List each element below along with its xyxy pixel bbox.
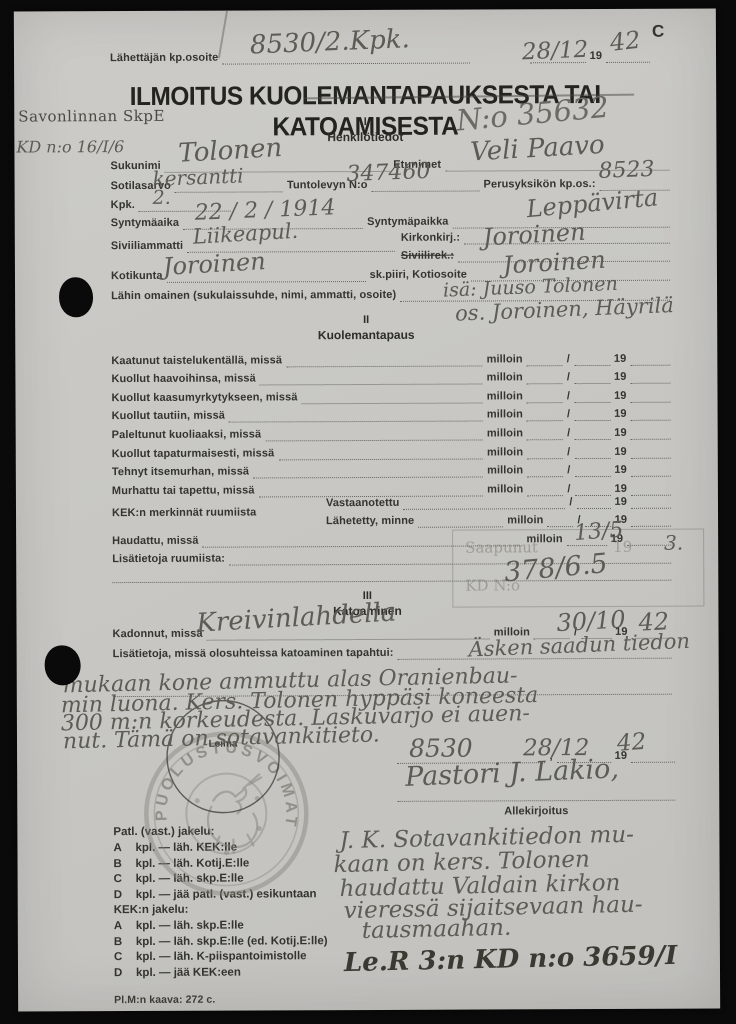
signature-label: Allekirjoitus [397, 805, 675, 819]
death-row-dots [301, 389, 482, 404]
year-printed: 19 [614, 371, 626, 384]
sender-date-handwriting: 28/12 [521, 37, 588, 66]
year-printed: 19 [614, 408, 626, 421]
lion-emblem [208, 774, 262, 852]
sent-year-dots [631, 513, 671, 527]
year-printed: 19 [615, 496, 627, 509]
death-row: Kuollut tapaturmaisesti, missämilloin/19 [112, 440, 671, 461]
milloin-dots [527, 408, 563, 422]
item-letter: B [114, 935, 136, 951]
kd-reference-handwriting: Le.R 3:n KD n:o 3659/I [344, 941, 678, 978]
year-dots [631, 444, 671, 458]
slash: / [567, 446, 570, 459]
sender-label: Lähettäjän kp.osoite [110, 52, 218, 65]
milloin-dots [527, 463, 563, 477]
slash: / [569, 496, 572, 509]
year-printed: 19 [614, 352, 626, 365]
year-printed: 19 [590, 50, 602, 63]
death-row-label: Kaatunut taistelukentällä, missä [111, 354, 282, 368]
item-text: kpl. — läh. skp.E:lle (ed. Kotij.E:lle) [136, 934, 328, 950]
kd-note-handwriting: KD n:o 16/I/6 [16, 137, 124, 156]
kek-notes-label: KEK:n merkinnät ruumiista [112, 506, 256, 520]
civil-register-label: Siviilirek.: [401, 250, 454, 263]
milloin-dots [527, 445, 563, 459]
milloin-label: milloin [487, 464, 523, 477]
sender-value-handwriting: 8530/2.Kpk. [249, 24, 410, 60]
item-letter: C [114, 950, 136, 966]
item-letter: D [114, 966, 136, 982]
arrival-stamp-saapunut: Saapunut [465, 538, 538, 556]
year-printed: 19 [614, 464, 626, 477]
death-row-dots [253, 464, 483, 479]
slash: / [567, 408, 570, 421]
punch-hole-top [59, 277, 93, 317]
milloin-label: milloin [487, 446, 523, 459]
signoff-place-handwriting: 8530 [409, 734, 473, 763]
milloin-label: milloin [487, 390, 523, 403]
milloin-dots [527, 426, 563, 440]
item-text: kpl. — läh. skp.E:lle [136, 919, 244, 935]
death-row: Kuollut haavoihinsa, missämilloin/19 [111, 365, 670, 386]
missing-details-label: Lisätietoja, missä olosuhteissa katoamin… [113, 647, 394, 661]
received-label: Vastaanotettu [326, 497, 399, 510]
year-dots [631, 463, 671, 477]
year-dots [631, 481, 671, 495]
received-month-dots [576, 495, 610, 509]
unit-fpo-handwriting: 8523 [598, 157, 655, 184]
death-row: Kaatunut taistelukentällä, missämilloin/… [111, 347, 670, 368]
sent-milloin-dots [547, 513, 573, 527]
received-dots [403, 495, 565, 510]
home-municipality-handwriting: Joroinen [162, 247, 266, 281]
milloin-label: milloin [507, 514, 543, 527]
idtag-handwriting: 347460 [346, 159, 431, 187]
death-row-dots [265, 426, 483, 441]
year-printed: 19 [614, 445, 626, 458]
section-2-heading: Kuolemantapaus [15, 326, 717, 343]
sent-label: Lähetetty, minne [326, 515, 414, 528]
grave-note-hw-5: tausmaahan. [362, 915, 512, 944]
death-row-label: Kuollut haavoihinsa, missä [111, 373, 255, 387]
church-register-label: Kirkonkirj.: [401, 232, 460, 245]
death-row: Paleltunut kuoliaaksi, missämilloin/19 [112, 421, 671, 442]
year-dots [630, 370, 670, 384]
death-row-dots [278, 445, 483, 460]
year-printed: 19 [614, 427, 626, 440]
month-dots [574, 370, 610, 384]
sender-year-handwriting: 42 [608, 26, 641, 57]
death-row: Kuollut tautiin, missämilloin/19 [112, 402, 671, 423]
birthplace-label: Syntymäpaikka [367, 216, 448, 229]
month-dots [574, 463, 610, 477]
death-row-label: Kuollut tautiin, missä [112, 410, 225, 423]
civil-occupation-label: Siviiliammatti [111, 240, 183, 253]
milloin-dots [527, 370, 563, 384]
corner-mark: C [652, 25, 664, 38]
slash: / [567, 464, 570, 477]
year-printed: 19 [614, 483, 626, 496]
death-row-dots [260, 371, 483, 386]
received-row: Vastaanotettu / 19 [326, 495, 671, 511]
signoff-year-handwriting: 42 [616, 729, 647, 757]
form-number-footer: Pl.M:n kaava: 272 c. [114, 994, 215, 1007]
death-row-dots [229, 408, 483, 423]
year-dots [630, 351, 670, 365]
year-dots [631, 426, 671, 440]
milloin-label: milloin [487, 483, 523, 496]
death-row: Tehnyt itsemurhan, missämilloin/19 [112, 458, 671, 479]
month-dots [574, 389, 610, 403]
missing-label: Kadonnut, missä [113, 628, 203, 641]
sent-dots [418, 513, 503, 527]
slash: / [567, 390, 570, 403]
kpk-label: Kpk. [111, 199, 135, 212]
milloin-dots [527, 482, 563, 496]
buried-label: Haudattu, missä [112, 535, 199, 548]
year-printed: 19 [614, 390, 626, 403]
death-row: Kuollut kaasumyrkytykseen, missämilloin/… [111, 384, 670, 405]
scanned-document: C Lähettäjän kp.osoite 19 8530/2.Kpk. 28… [0, 0, 736, 1024]
buried-date-handwriting: 13/5 [573, 517, 624, 546]
item-letter: A [114, 919, 136, 935]
month-dots [574, 445, 610, 459]
death-row-label: Paleltunut kuoliaaksi, missä [112, 428, 262, 442]
form-paper: C Lähettäjän kp.osoite 19 8530/2.Kpk. 28… [14, 8, 720, 1011]
month-dots [574, 407, 610, 421]
year-dots [630, 388, 670, 402]
punch-hole-bottom [45, 645, 81, 685]
milloin-dots [527, 389, 563, 403]
death-cause-rows: Kaatunut taistelukentällä, missämilloin/… [111, 347, 671, 498]
birthdate-label: Syntymäaika [111, 217, 179, 230]
slash: / [567, 483, 570, 496]
milloin-label: milloin [487, 427, 523, 440]
next-of-kin-label: Lähin omainen (sukulaissuhde, nimi, amma… [111, 289, 396, 303]
death-row-label: Kuollut tapaturmaisesti, missä [112, 447, 275, 461]
buried-year-handwriting: 3. [664, 531, 683, 555]
item-text: kpl. — jää KEK:een [136, 965, 241, 981]
death-row-label: Murhattu tai tapettu, missä [112, 484, 255, 498]
month-dots [574, 482, 610, 496]
month-dots [574, 426, 610, 440]
slash: / [567, 371, 570, 384]
received-year-dots [631, 495, 671, 509]
milloin-label: milloin [487, 353, 523, 366]
death-row-label: Tehnyt itsemurhan, missä [112, 466, 249, 480]
year-dots [631, 407, 671, 421]
milloin-label: milloin [487, 372, 523, 385]
home-municipality-label: Kotikunta [111, 270, 163, 283]
kpk-handwriting: 2. [153, 187, 171, 209]
item-text: kpl. — läh. K-piispantoimistolle [136, 950, 307, 966]
slash: / [567, 353, 570, 366]
milloin-label: milloin [487, 409, 523, 422]
slash: / [567, 427, 570, 440]
milloin-dots [527, 352, 563, 366]
church-register-handwriting: Joroinen [482, 218, 586, 252]
death-row-label: Kuollut kaasumyrkytykseen, missä [111, 391, 297, 405]
month-dots [574, 352, 610, 366]
death-row-dots [286, 352, 483, 367]
body-notes-label: Lisätietoja ruumiista: [112, 553, 225, 566]
